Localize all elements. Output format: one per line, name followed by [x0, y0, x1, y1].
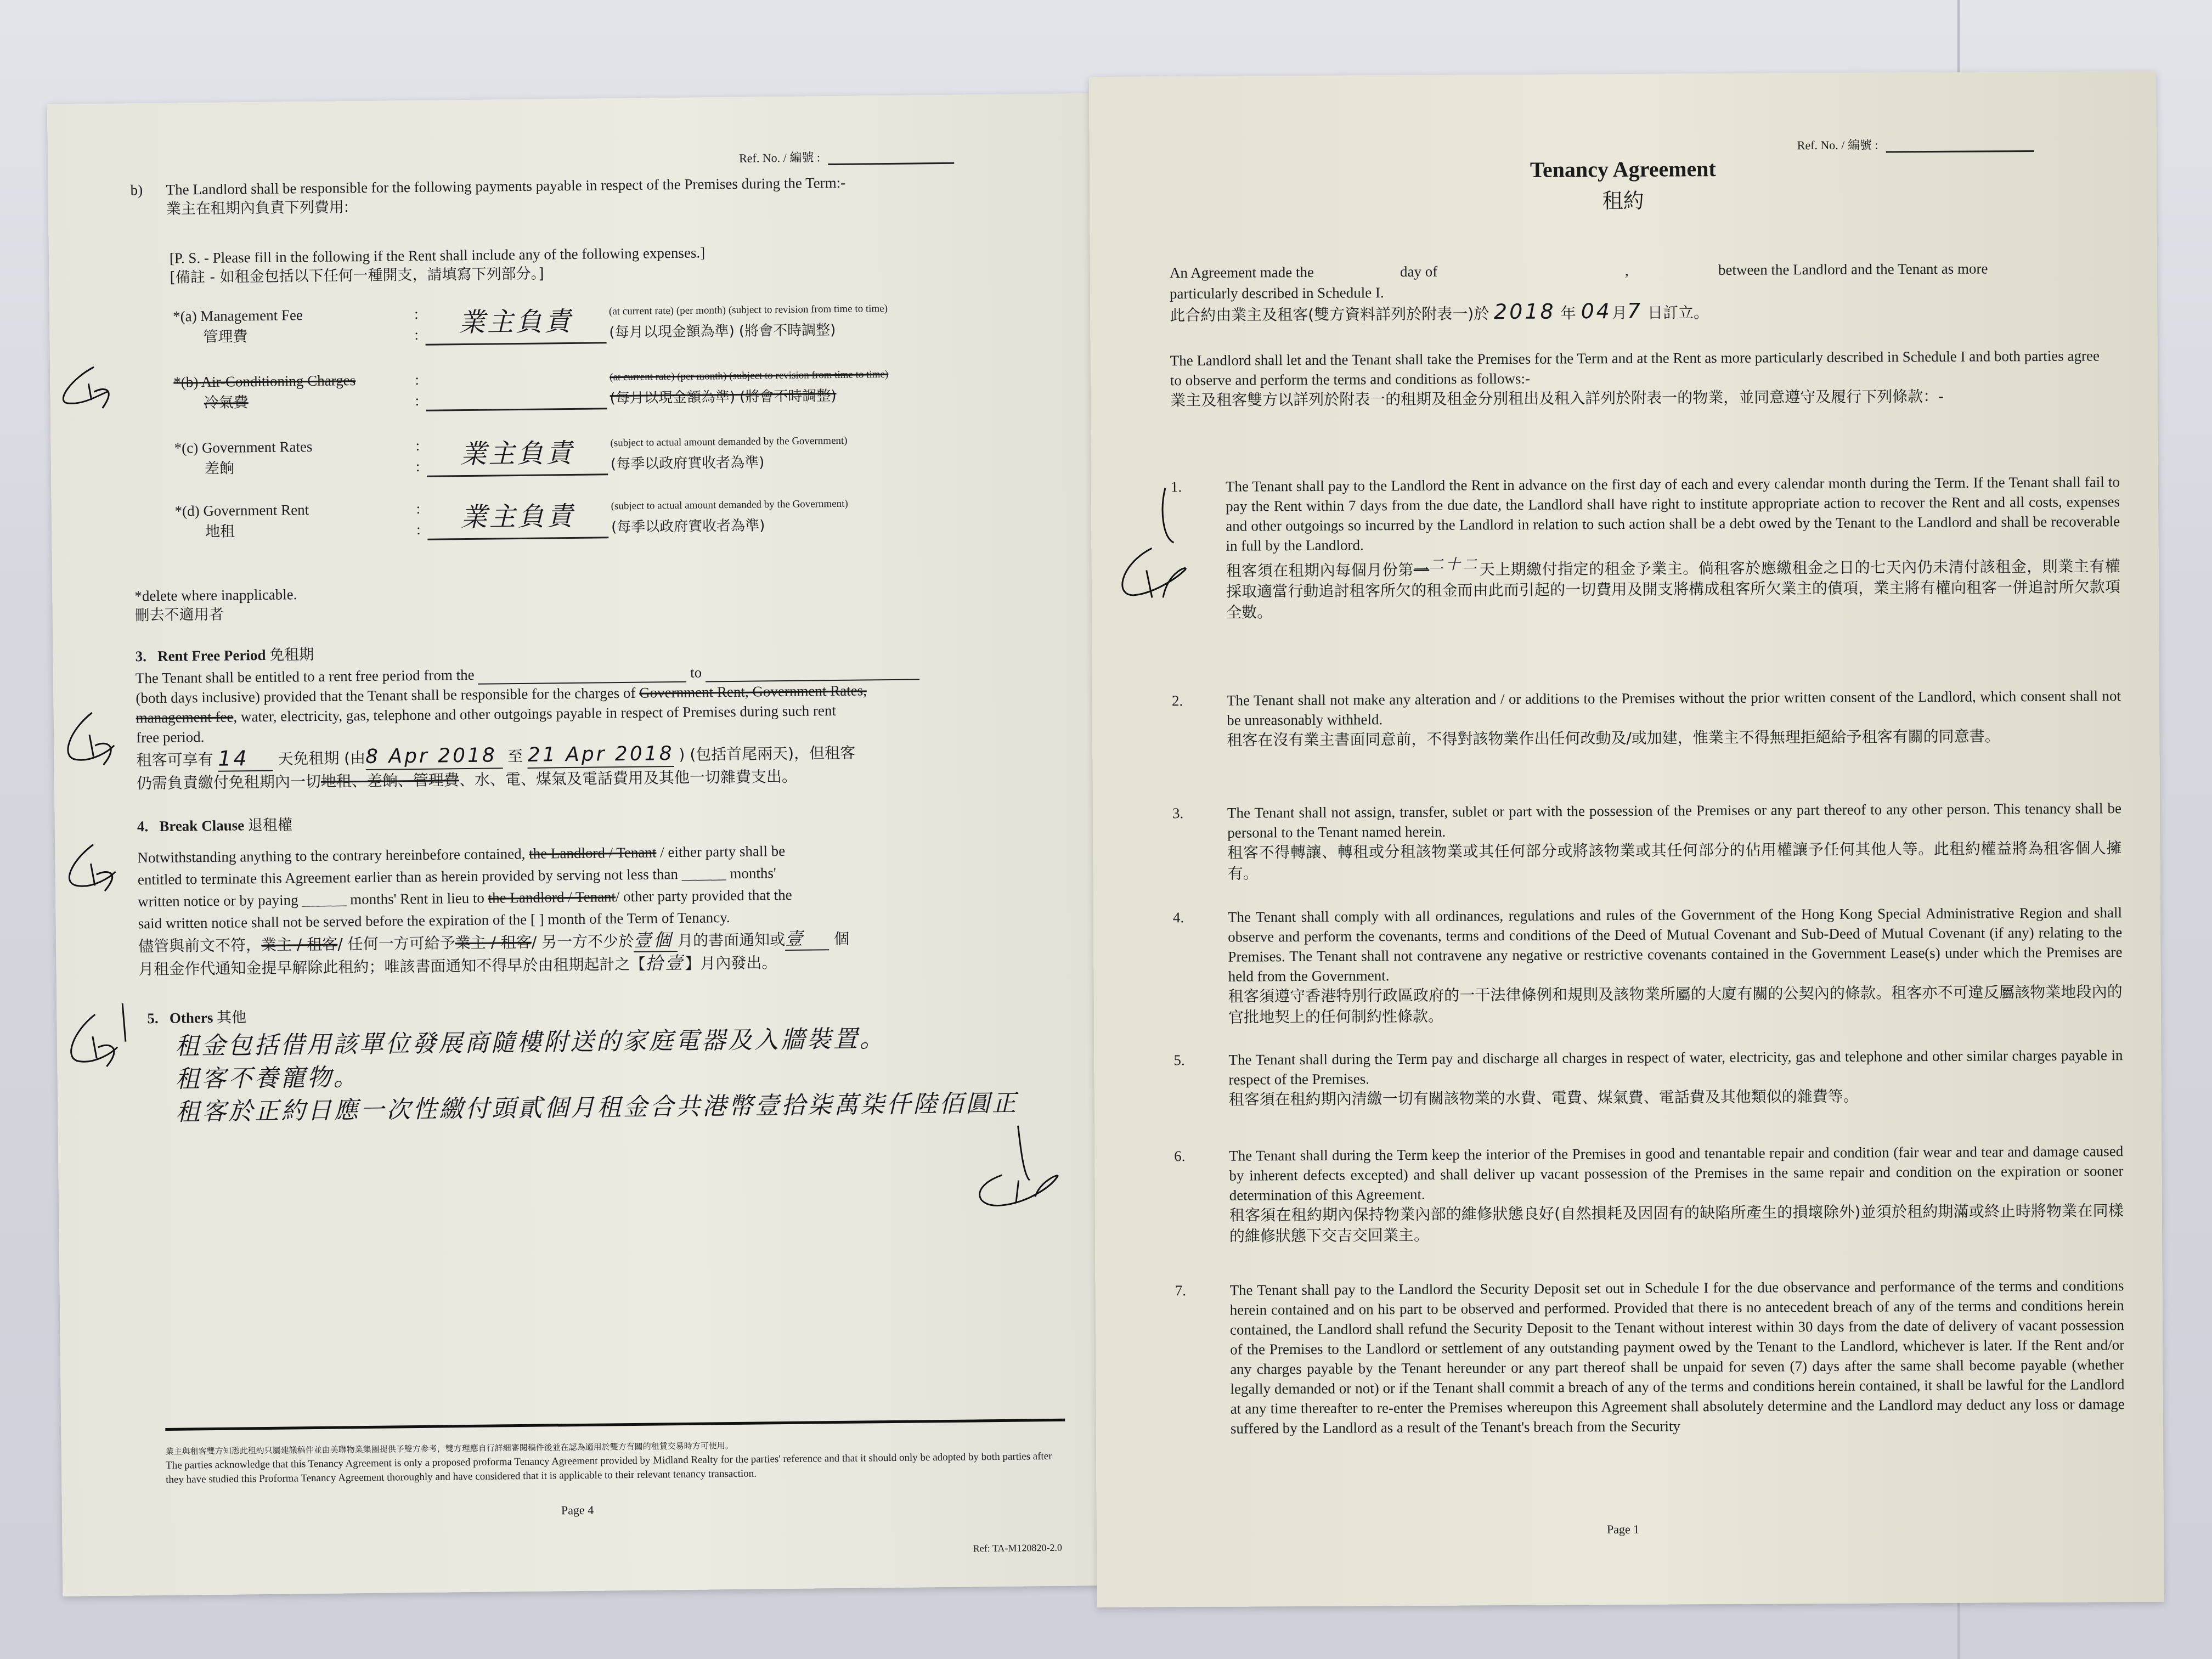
clause-zh-struck: 一	[1414, 561, 1430, 579]
clause-item: 1. The Tenant shall pay to the Landlord …	[1171, 472, 2103, 477]
fee-item-label-en: Government Rates	[202, 438, 313, 456]
clause-item: 2. The Tenant shall not make any alterat…	[1172, 686, 2104, 691]
clause-number: 3.	[1172, 803, 1183, 823]
fee-item: *(c) Government Rates 差餉 :: 業主負責 (subjec…	[141, 428, 1118, 438]
ref-no-label: Ref. No. / 編號 :	[739, 150, 820, 165]
break-l1: Notwithstanding anything to the contrary…	[137, 845, 525, 866]
section-4-body: Notwithstanding anything to the contrary…	[137, 837, 1082, 980]
fee-item-marker: *(d)	[175, 503, 200, 519]
clause-en: The Tenant shall during the Term pay and…	[1228, 1045, 2123, 1090]
clause-body: The Tenant shall not assign, transfer, s…	[1227, 798, 2122, 884]
rent-free-zh-to: 至	[507, 747, 523, 765]
fee-item-colon: ::	[415, 369, 419, 411]
clause-zh: 租客不得轉讓、轉租或分租該物業或其任何部分或將該物業或其任何部分的佔用權讓予任何…	[1227, 838, 2121, 884]
clause-zh: 租客須在租約期內清繳一切有關該物業的水費、電費、煤氣費、電話費及其他類似的雜費等…	[1229, 1085, 2123, 1110]
section-4-title-en: Break Clause	[159, 817, 244, 834]
rent-free-zh-pre: 租客可享有	[136, 751, 213, 769]
clause-en: The Tenant shall pay to the Landlord the…	[1229, 1276, 2124, 1438]
rent-free-zh2-pre: 仍需負責繳付免租期內一切	[137, 772, 321, 793]
section-b-ps: [P. S. - Please fill in the following if…	[170, 240, 993, 288]
rent-free-days-field[interactable]: 14	[218, 746, 273, 772]
fee-item-note-en: (subject to actual amount demanded by th…	[611, 498, 848, 512]
clause-zh: 租客在沒有業主書面同意前，不得對該物業作出任何改動及/或加建，惟業主不得無理拒絕…	[1227, 725, 2121, 751]
fee-item: *(b) Air-Conditioning Charges 冷氣費 :: (at…	[140, 362, 1117, 373]
section-3-body: The Tenant shall be entitled to a rent f…	[136, 658, 1080, 794]
initials-signature-icon	[60, 839, 127, 894]
fee-item-note: (at current rate) (per month) (subject t…	[609, 298, 888, 345]
fee-item-label-zh: 冷氣費	[204, 394, 249, 411]
document-page-1: Ref. No. / 編號 : Tenancy Agreement 租約 An …	[1089, 71, 2164, 1607]
break-zh1-mid2: / 另一方不少於	[532, 932, 634, 951]
section-b-label: b)	[130, 180, 143, 200]
page-number: Page 1	[1607, 1522, 1639, 1537]
clause-en: The Tenant shall pay to the Landlord the…	[1226, 472, 2120, 556]
clause-number: 5.	[1173, 1050, 1184, 1070]
footer-rule	[165, 1419, 1065, 1431]
initials-signature-icon	[62, 1003, 139, 1069]
break-zh1-struck1: 業主 / 租客	[261, 935, 338, 954]
section-4-heading: 4. Break Clause 退租權	[137, 815, 292, 837]
others-handwritten: 租金包括借用該單位發展商隨樓附送的家庭電器及入牆裝置。租客不養寵物。租客於正約日…	[175, 1020, 1081, 1128]
clause-body: The Tenant shall pay to the Landlord the…	[1226, 472, 2120, 623]
clause-item: 3. The Tenant shall not assign, transfer…	[1172, 798, 2105, 803]
fee-item-colon: ::	[414, 303, 419, 345]
break-zh1-struck2: 業主 / 租客	[455, 933, 532, 952]
rent-free-to-field[interactable]: 21 Apr 2018	[528, 742, 674, 769]
fee-item-marker: *(b)	[173, 374, 198, 390]
rent-free-struck-text: Government Rent, Government Rates,	[639, 682, 867, 701]
rent-free-struck-mgmt: management fee	[136, 709, 234, 726]
delete-note: *delete where inapplicable. 刪去不適用者	[134, 584, 297, 625]
fee-item-label-zh: 差餉	[205, 460, 234, 477]
fee-item-note-zh: (每月以現金額為準) (將會不時調整)	[610, 388, 837, 407]
clause-body: The Tenant shall pay to the Landlord the…	[1229, 1276, 2124, 1438]
break-zh2-pre: 月租金作代通知金提早解除此租約；唯該書面通知不得早於由租期起計之【	[138, 955, 645, 979]
section-5-num: 5.	[147, 1010, 159, 1026]
initials-signature-icon	[969, 1125, 1069, 1214]
clause-number: 6.	[1174, 1146, 1185, 1166]
fee-item-note-en: (subject to actual amount demanded by th…	[610, 435, 847, 449]
fee-item-note: (at current rate) (per month) (subject t…	[610, 364, 889, 410]
clause-number: 4.	[1173, 907, 1184, 927]
break-zh1-post: 個	[834, 930, 849, 948]
form-ref: Ref: TA-M120820-2.0	[973, 1542, 1062, 1555]
clause-number: 7.	[1175, 1280, 1186, 1300]
break-zh1-mid: / 任何一方可給予	[337, 934, 455, 953]
clause-en: The Tenant shall not make any alteration…	[1227, 686, 2121, 730]
fee-item-note-zh: (每月以現金額為準) (將會不時調整)	[609, 322, 836, 341]
fee-item-colon: ::	[416, 498, 421, 540]
rent-free-zh-post: ) (包括首尾兩天)，但租客	[679, 744, 855, 764]
rent-free-zh2-struck: 地租、差餉、管理費	[321, 771, 459, 791]
break-zh1-mid3: 月的書面通知或	[678, 930, 785, 950]
fee-item-label: *(b) Air-Conditioning Charges 冷氣費	[173, 370, 356, 414]
rent-free-line1: The Tenant shall be entitled to a rent f…	[136, 667, 475, 686]
fee-item-label-zh: 管理費	[203, 328, 247, 346]
ref-no-blank	[828, 162, 954, 165]
fee-item-label-en: Air-Conditioning Charges	[201, 372, 356, 390]
fee-item-note-zh: (每季以政府實收者為準)	[611, 454, 765, 472]
document-page-4: Ref. No. / 編號 : b) The Landlord shall be…	[47, 93, 1105, 1596]
fee-item-label: *(c) Government Rates 差餉	[174, 436, 313, 480]
fee-item-note: (subject to actual amount demanded by th…	[611, 494, 849, 540]
fee-item-note-zh: (每季以政府實收者為準)	[611, 517, 765, 535]
section-b-text: The Landlord shall be responsible for th…	[166, 170, 1071, 219]
break-notice-months-field[interactable]: 壹個	[634, 929, 678, 952]
fee-item-note-en: (at current rate) (per month) (subject t…	[610, 369, 888, 383]
section-5-heading: 5. Others 其他	[147, 1007, 246, 1029]
rent-free-to-label: to	[690, 664, 702, 681]
rent-free-from-field[interactable]: 8 Apr 2018	[365, 743, 503, 770]
footer-disclaimer: 業主與租客雙方知悉此租約只屬建議稿件並由美聯物業集團提供予雙方參考，雙方理應自行…	[166, 1435, 1066, 1487]
fee-item-value-field[interactable]	[426, 367, 607, 411]
fee-item-value-field[interactable]: 業主負責	[426, 433, 608, 477]
fee-item-value-field[interactable]: 業主負責	[427, 496, 609, 540]
rent-free-zh-mid: 天免租期 (由	[278, 749, 365, 768]
break-zh2-post: 】月內發出。	[685, 953, 777, 973]
fee-item-label: *(a) Management Fee 管理費	[173, 304, 303, 348]
fee-item-label: *(d) Government Rent 地租	[175, 499, 309, 543]
delete-note-en: *delete where inapplicable.	[134, 584, 297, 606]
break-rent-in-lieu-field[interactable]: 壹	[785, 927, 829, 951]
clause-item: 6. The Tenant shall during the Term keep…	[1174, 1141, 2107, 1146]
fee-item: *(d) Government Rent 地租 :: 業主負責 (subject…	[142, 491, 1119, 501]
clause-item: 5. The Tenant shall during the Term pay …	[1173, 1045, 2106, 1050]
clause-number: 2.	[1172, 691, 1183, 710]
page-number: Page 4	[561, 1503, 594, 1518]
break-l1-post: / either party shall be	[660, 843, 785, 860]
clause-zh: 租客須在租約期內保持物業內部的維修狀態良好(自然損耗及因固有的缺陷所產生的損壞除…	[1229, 1200, 2124, 1247]
fee-item-marker: *(a)	[173, 308, 197, 324]
initials-signature-icon	[55, 362, 122, 411]
fee-item-label-en: Management Fee	[200, 307, 303, 324]
rent-free-zh2-post: 、水、電、煤氣及電話費用及其他一切雜費支出。	[459, 768, 797, 789]
fee-item: *(a) Management Fee 管理費 :: 業主負責 (at curr…	[140, 296, 1116, 307]
break-earliest-month-field[interactable]: 拾壹	[645, 952, 685, 974]
break-l3-struck: the Landlord / Tenant	[488, 888, 616, 906]
break-l3-post: / other party provided that the	[616, 887, 792, 905]
section-3-title-zh: 免租期	[269, 646, 314, 664]
delete-note-zh: 刪去不適用者	[135, 604, 297, 625]
section-3-heading: 3. Rent Free Period 免租期	[135, 645, 314, 667]
clause-body: The Tenant shall not make any alteration…	[1227, 686, 2121, 751]
initials-signature-icon	[59, 707, 126, 768]
clause-en: The Tenant shall comply with all ordinan…	[1228, 902, 2123, 986]
clause-body: The Tenant shall comply with all ordinan…	[1228, 902, 2123, 1028]
fee-item-value-field[interactable]: 業主負責	[425, 301, 607, 345]
clause-en: The Tenant shall not assign, transfer, s…	[1227, 798, 2121, 843]
fee-item-label-en: Government Rent	[203, 501, 309, 519]
section-5-title-zh: 其他	[217, 1009, 246, 1026]
fee-item-note-en: (at current rate) (per month) (subject t…	[609, 303, 888, 317]
section-4-title-zh: 退租權	[248, 816, 292, 834]
clause-list: 1. The Tenant shall pay to the Landlord …	[1089, 71, 2164, 1607]
clause-en: The Tenant shall during the Term keep th…	[1229, 1141, 2124, 1205]
fee-item-colon: ::	[415, 435, 420, 477]
clause-zh-handwritten-insert: 二十二	[1429, 556, 1480, 573]
initials-signature-icon	[1113, 488, 1196, 609]
section-3-title-en: Rent Free Period	[157, 647, 266, 664]
section-4-num: 4.	[137, 818, 149, 834]
ref-no: Ref. No. / 編號 :	[739, 147, 954, 166]
clause-item: 7. The Tenant shall pay to the Landlord …	[1175, 1276, 2107, 1280]
section-3-num: 3.	[135, 648, 146, 664]
clause-body: The Tenant shall during the Term keep th…	[1229, 1141, 2124, 1247]
clause-zh-pre: 租客須在租期內每個月份第	[1226, 561, 1414, 580]
clause-zh: 租客須遵守香港特別行政區政府的一干法律條例和規則及該物業所屬的大廈有關的公契內的…	[1228, 981, 2123, 1028]
break-zh1-pre: 儘管與前文不符，	[138, 936, 261, 955]
clause-body: The Tenant shall during the Term pay and…	[1228, 1045, 2123, 1110]
fee-item-label-zh: 地租	[205, 523, 235, 540]
fee-item-marker: *(c)	[174, 439, 198, 456]
break-l1-struck: the Landlord / Tenant	[529, 844, 657, 861]
break-l3: written notice or by paying ______ month…	[138, 890, 484, 910]
fee-item-note: (subject to actual amount demanded by th…	[610, 431, 848, 477]
clause-item: 4. The Tenant shall comply with all ordi…	[1173, 902, 2106, 907]
section-5-title-en: Others	[170, 1009, 213, 1026]
